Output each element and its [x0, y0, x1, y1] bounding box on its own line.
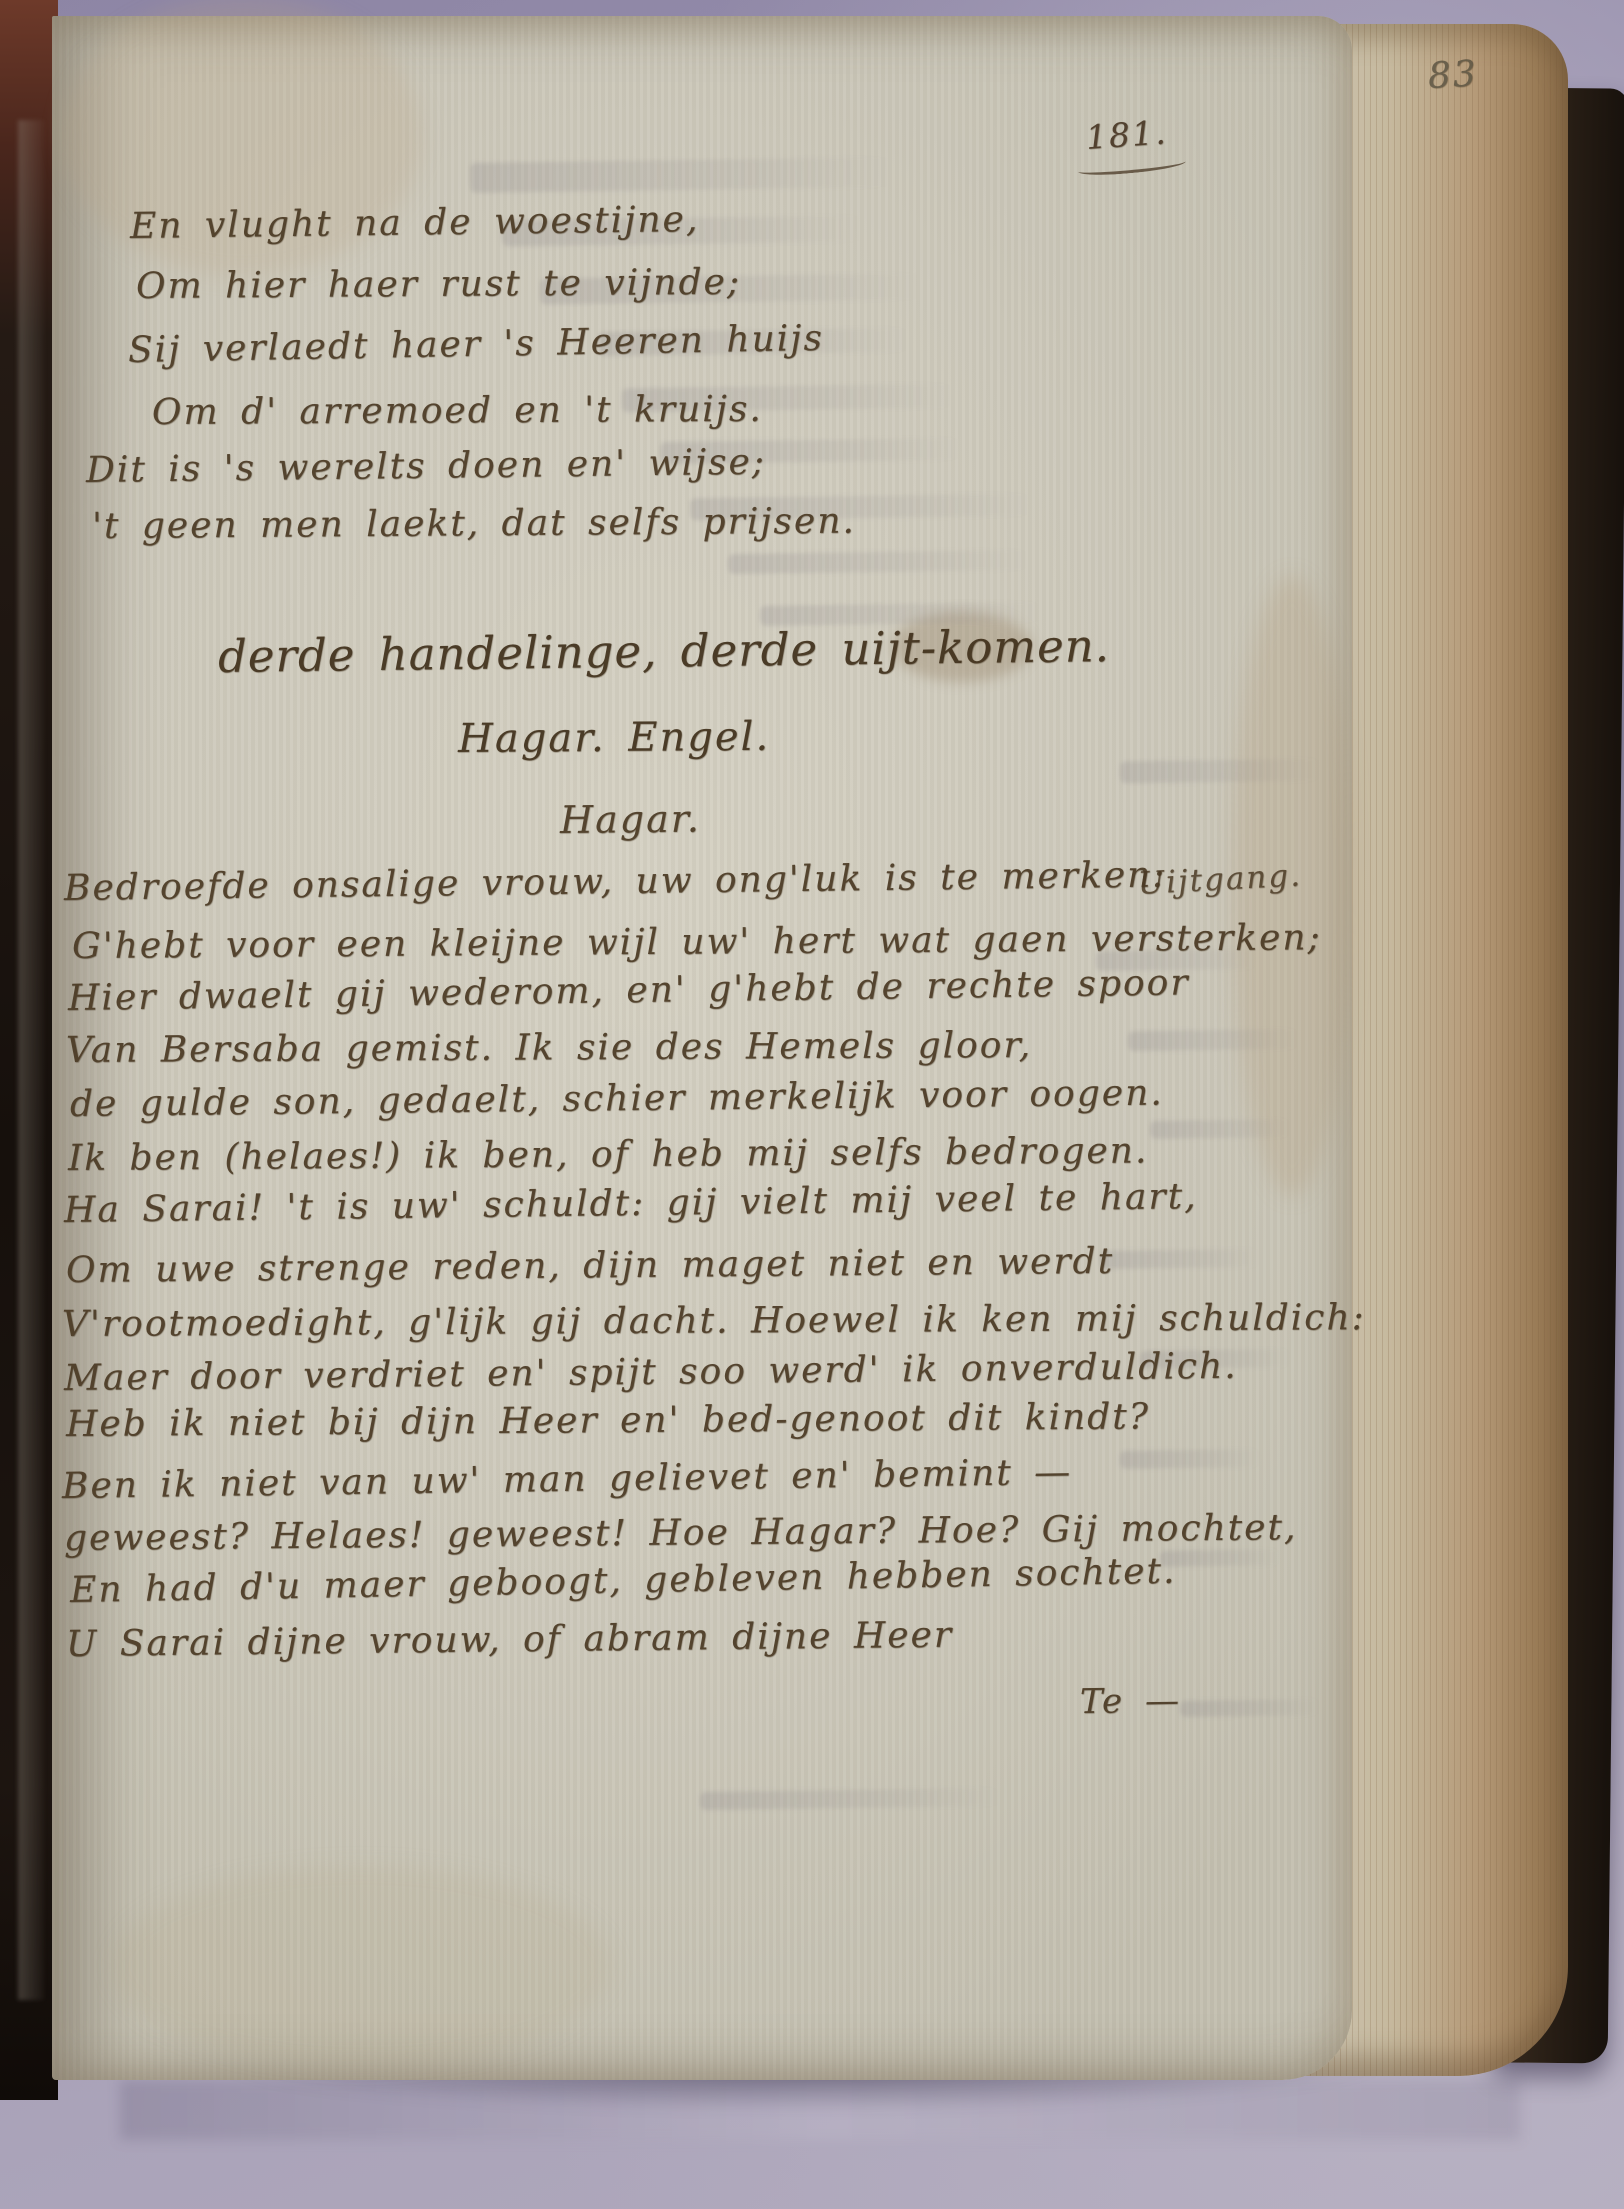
poem-line: Om d' arremoed en 't kruijs.	[152, 389, 763, 433]
poem-line: Om hier haer rust te vijnde;	[136, 262, 741, 307]
speaker-label: Hagar.	[560, 797, 701, 842]
poem-line: En vlught na de woestijne,	[130, 199, 700, 247]
bleed-through-mark	[728, 550, 1028, 574]
bleed-through-mark	[1150, 1119, 1290, 1139]
speech-line: Van Bersaba gemist. Ik sie des Hemels gl…	[66, 1025, 1032, 1071]
bleed-through-mark	[1120, 759, 1320, 784]
speech-line: Heb ik niet bij dijn Heer en' bed-genoot…	[66, 1396, 1150, 1445]
scene-heading: derde handelinge, derde uijt-komen.	[218, 619, 1111, 683]
poem-line: Dit is 's werelts doen en' wijse;	[86, 442, 766, 491]
speech-line: G'hebt voor een kleijne wijl uw' hert wa…	[72, 917, 1322, 967]
catchword: Te —	[1080, 1681, 1181, 1722]
bleed-through-mark	[1100, 1249, 1260, 1269]
bleed-through-mark	[1128, 1029, 1298, 1051]
folio-number-corner: 83	[1427, 53, 1479, 97]
folio-number-ink: 181.	[1085, 112, 1169, 157]
poem-line: 't geen men laekt, dat selfs prijsen.	[92, 501, 856, 547]
facing-page-sliver	[18, 120, 44, 2000]
bleed-through-mark	[470, 157, 890, 193]
speech-line: Ik ben (helaes!) ik ben, of heb mij self…	[68, 1130, 1149, 1179]
bleed-through-mark	[1180, 1699, 1320, 1717]
characters-heading: Hagar. Engel.	[458, 714, 770, 762]
paper-stain	[112, 1866, 612, 2066]
bleed-through-mark	[1120, 1449, 1260, 1469]
photo-canvas: 181. 83 En vlught na de woestijne, Om hi…	[0, 0, 1624, 2209]
speech-line: V'rootmoedight, g'lijk gij dacht. Hoewel…	[62, 1297, 1366, 1345]
bleed-through-mark	[1160, 1549, 1280, 1567]
